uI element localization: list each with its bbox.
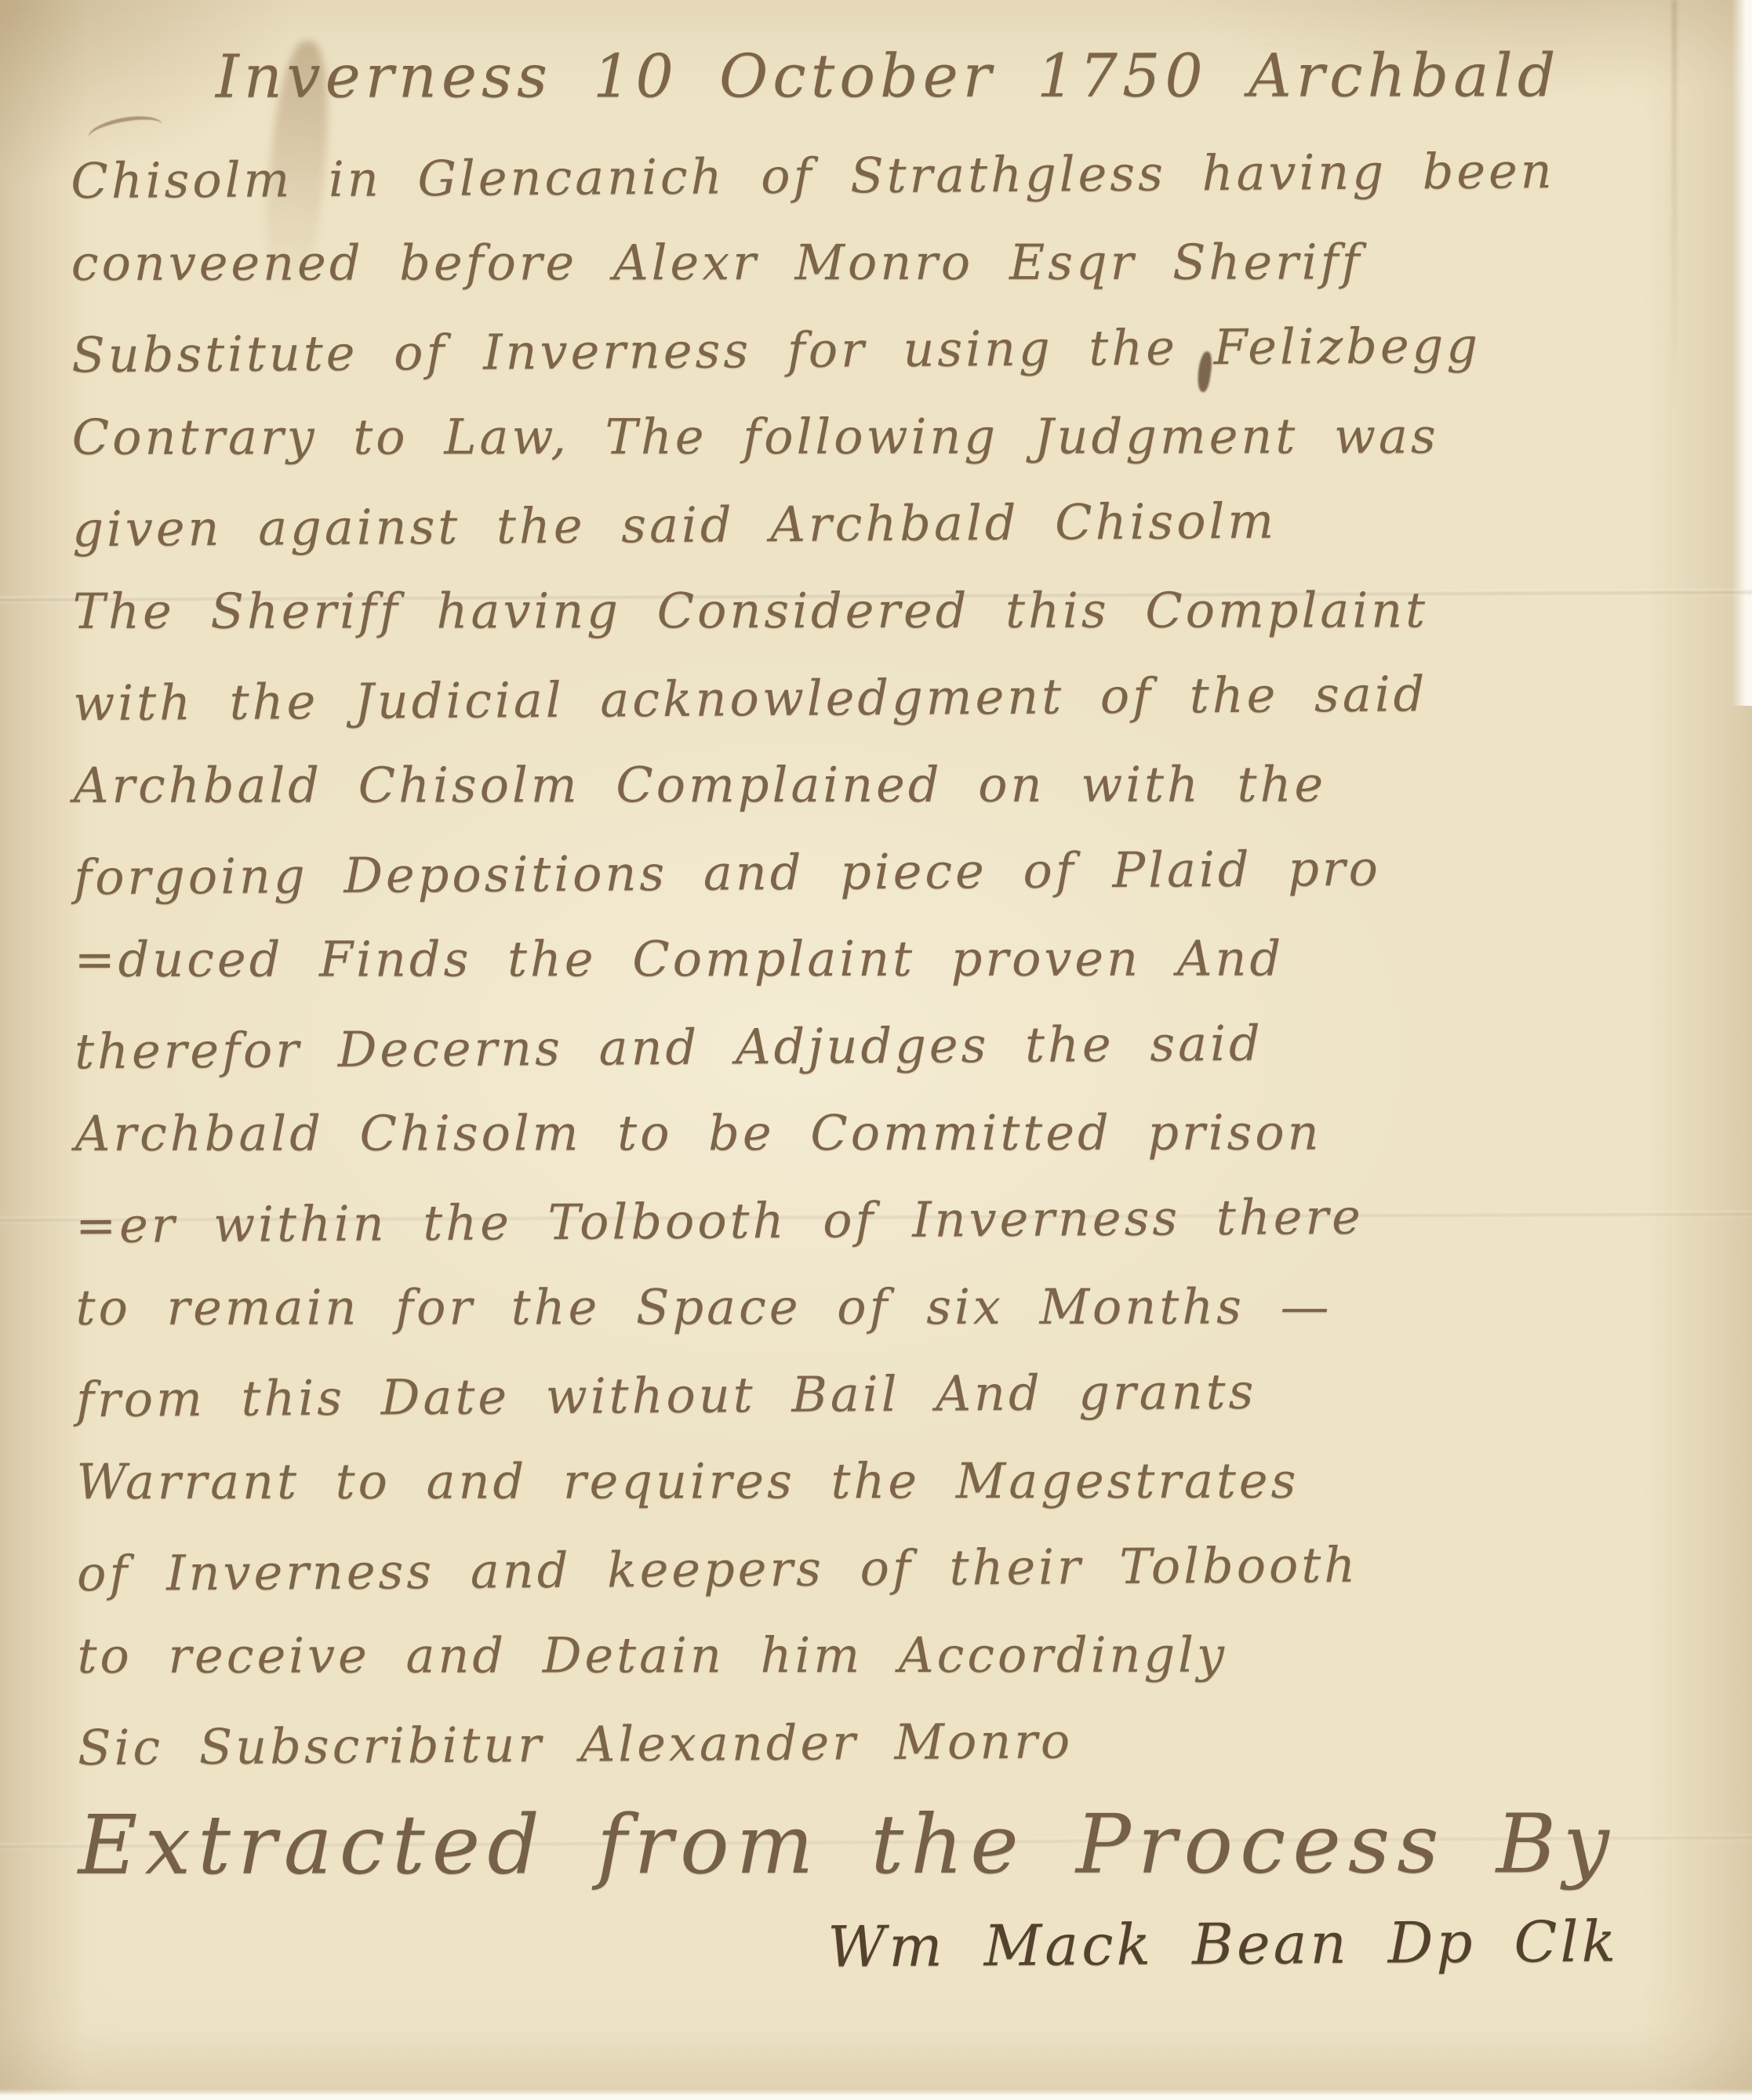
manuscript-page: Inverness 10 October 1750 Archbald Chiso… (0, 0, 1752, 2100)
manuscript-line: Chisolm in Glencanich of Strathgless hav… (71, 126, 1706, 225)
manuscript-line-extract: Extracted from the Process By (78, 1785, 1713, 1904)
scan-edge-right (1732, 0, 1752, 706)
clerk-signature: Wm Mack Bean Dp Clk (78, 1898, 1714, 2002)
manuscript-line: Archbald Chisolm to be Committed prison (75, 1088, 1710, 1177)
manuscript-line: therefor Decerns and Adjudges the said (75, 997, 1710, 1095)
manuscript-line: from this Date without Bail And grants (76, 1345, 1711, 1444)
manuscript-line-sic-subscribitur: Sic Subscribitur Alexander Monro (78, 1693, 1713, 1792)
manuscript-line: Contrary to Law, The following Judgment … (72, 392, 1707, 481)
scan-edge-bottom (0, 2089, 1752, 2100)
manuscript-line: Warrant to and requires the Magestrates (77, 1437, 1711, 1525)
manuscript-text: Inverness 10 October 1750 Archbald Chiso… (71, 26, 1714, 1999)
manuscript-line: to remain for the Space of six Months — (76, 1263, 1710, 1351)
manuscript-line: =duced Finds the Complaint proven And (75, 914, 1709, 1003)
manuscript-line: Substitute of Inverness for using the Fe… (71, 300, 1707, 399)
manuscript-line: =er within the Tolbooth of Inverness the… (75, 1171, 1710, 1270)
manuscript-line: The Sheriff having Considered this Compl… (73, 566, 1707, 655)
manuscript-line: Archbald Chisolm Complained on with the (74, 740, 1708, 829)
manuscript-line-dateline: Inverness 10 October 1750 Archbald (71, 29, 1705, 133)
manuscript-line: conveened before Alexr Monro Esqr Sherif… (71, 218, 1706, 307)
manuscript-line: given against the said Archbald Chisolm (72, 474, 1707, 573)
manuscript-line: of Inverness and keepers of their Tolboo… (77, 1519, 1712, 1618)
manuscript-line: to receive and Detain him Accordingly (78, 1611, 1712, 1699)
manuscript-line: forgoing Depositions and piece of Plaid … (74, 823, 1709, 921)
manuscript-line: with the Judicial acknowledgment of the … (73, 649, 1708, 747)
